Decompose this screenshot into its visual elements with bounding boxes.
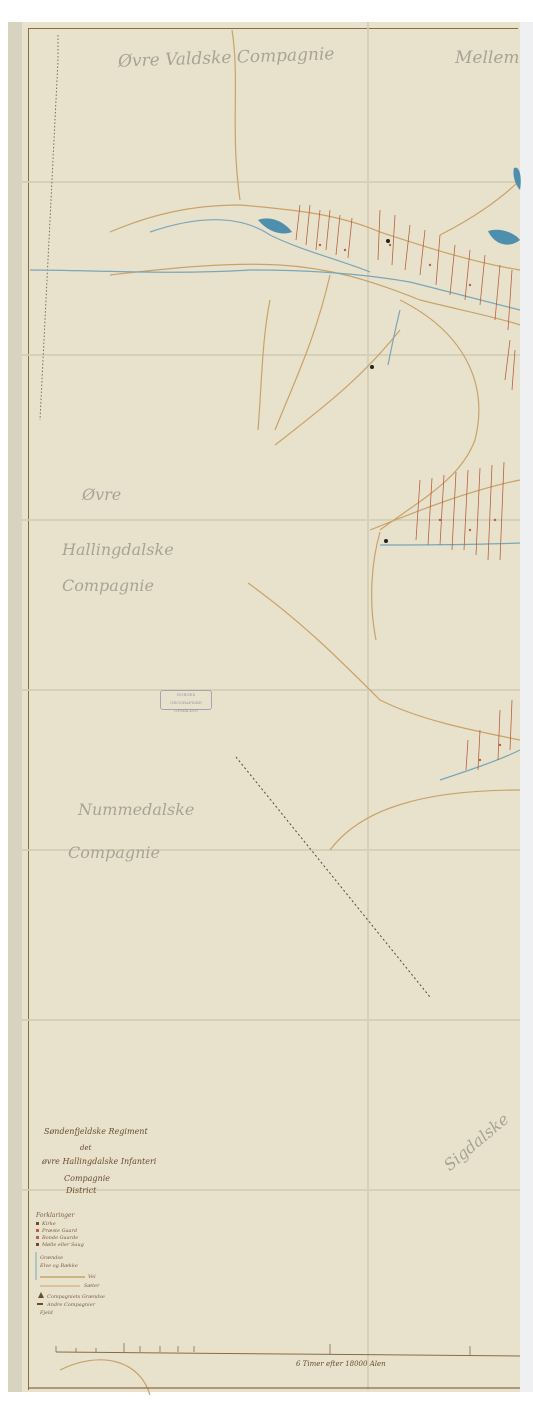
settlements	[296, 205, 515, 770]
cartouche-line-5: District	[66, 1186, 96, 1195]
company-boundary-dotted-se	[236, 757, 430, 997]
legend-item: Præste Gaard	[42, 1228, 77, 1234]
legend-item: Elve og Bække	[40, 1263, 78, 1269]
stamp-line-2: OPMÅLING	[161, 707, 211, 715]
legend-item: Grændse	[40, 1255, 63, 1261]
church-dot	[384, 539, 388, 543]
archive-stamp: NORGES GEOGRAFISKE OPMÅLING	[160, 690, 212, 710]
region-label-center-1: Øvre	[82, 485, 121, 504]
region-label-south-1: Nummedalske	[78, 800, 194, 819]
church-dot	[386, 239, 390, 243]
legend-item: Kirke	[42, 1221, 56, 1227]
region-label-center-2: Hallingdalske	[62, 540, 174, 559]
legend-item: Andre Compagnier	[47, 1302, 95, 1308]
church-dot	[370, 365, 374, 369]
map-drawing	[0, 0, 533, 1406]
legend-item: Bonde Gaarde	[42, 1235, 78, 1241]
cartouche-line-2: det	[80, 1144, 91, 1152]
scale-bar	[56, 1352, 520, 1356]
legend-item: Vei	[88, 1274, 96, 1280]
settlement-dots	[319, 244, 501, 761]
company-boundary-dotted	[40, 35, 58, 420]
legend-item: Compagniets Grændse	[47, 1294, 105, 1300]
cartouche-line-1: Søndenfjeldske Regiment	[44, 1127, 148, 1136]
stamp-line-1: NORGES GEOGRAFISKE	[161, 691, 211, 707]
region-label-northeast: Mellem	[455, 48, 520, 68]
lakes	[258, 168, 521, 245]
legend-item: Mølle eller Saug	[42, 1242, 84, 1248]
scale-label: 6 Timer efter 18000 Alen	[296, 1360, 386, 1368]
legend-item: Sæter	[84, 1283, 99, 1289]
legend-heading: Forklaringer	[36, 1212, 74, 1219]
cartouche-line-4: Compagnie	[64, 1174, 110, 1183]
cartouche-line-3: øvre Hallingdalske Infanteri	[42, 1157, 156, 1166]
scale-ticks	[56, 1343, 470, 1355]
legend-item: Fjeld	[40, 1310, 53, 1316]
region-label-south-2: Compagnie	[68, 843, 160, 862]
region-label-center-3: Compagnie	[62, 576, 154, 595]
